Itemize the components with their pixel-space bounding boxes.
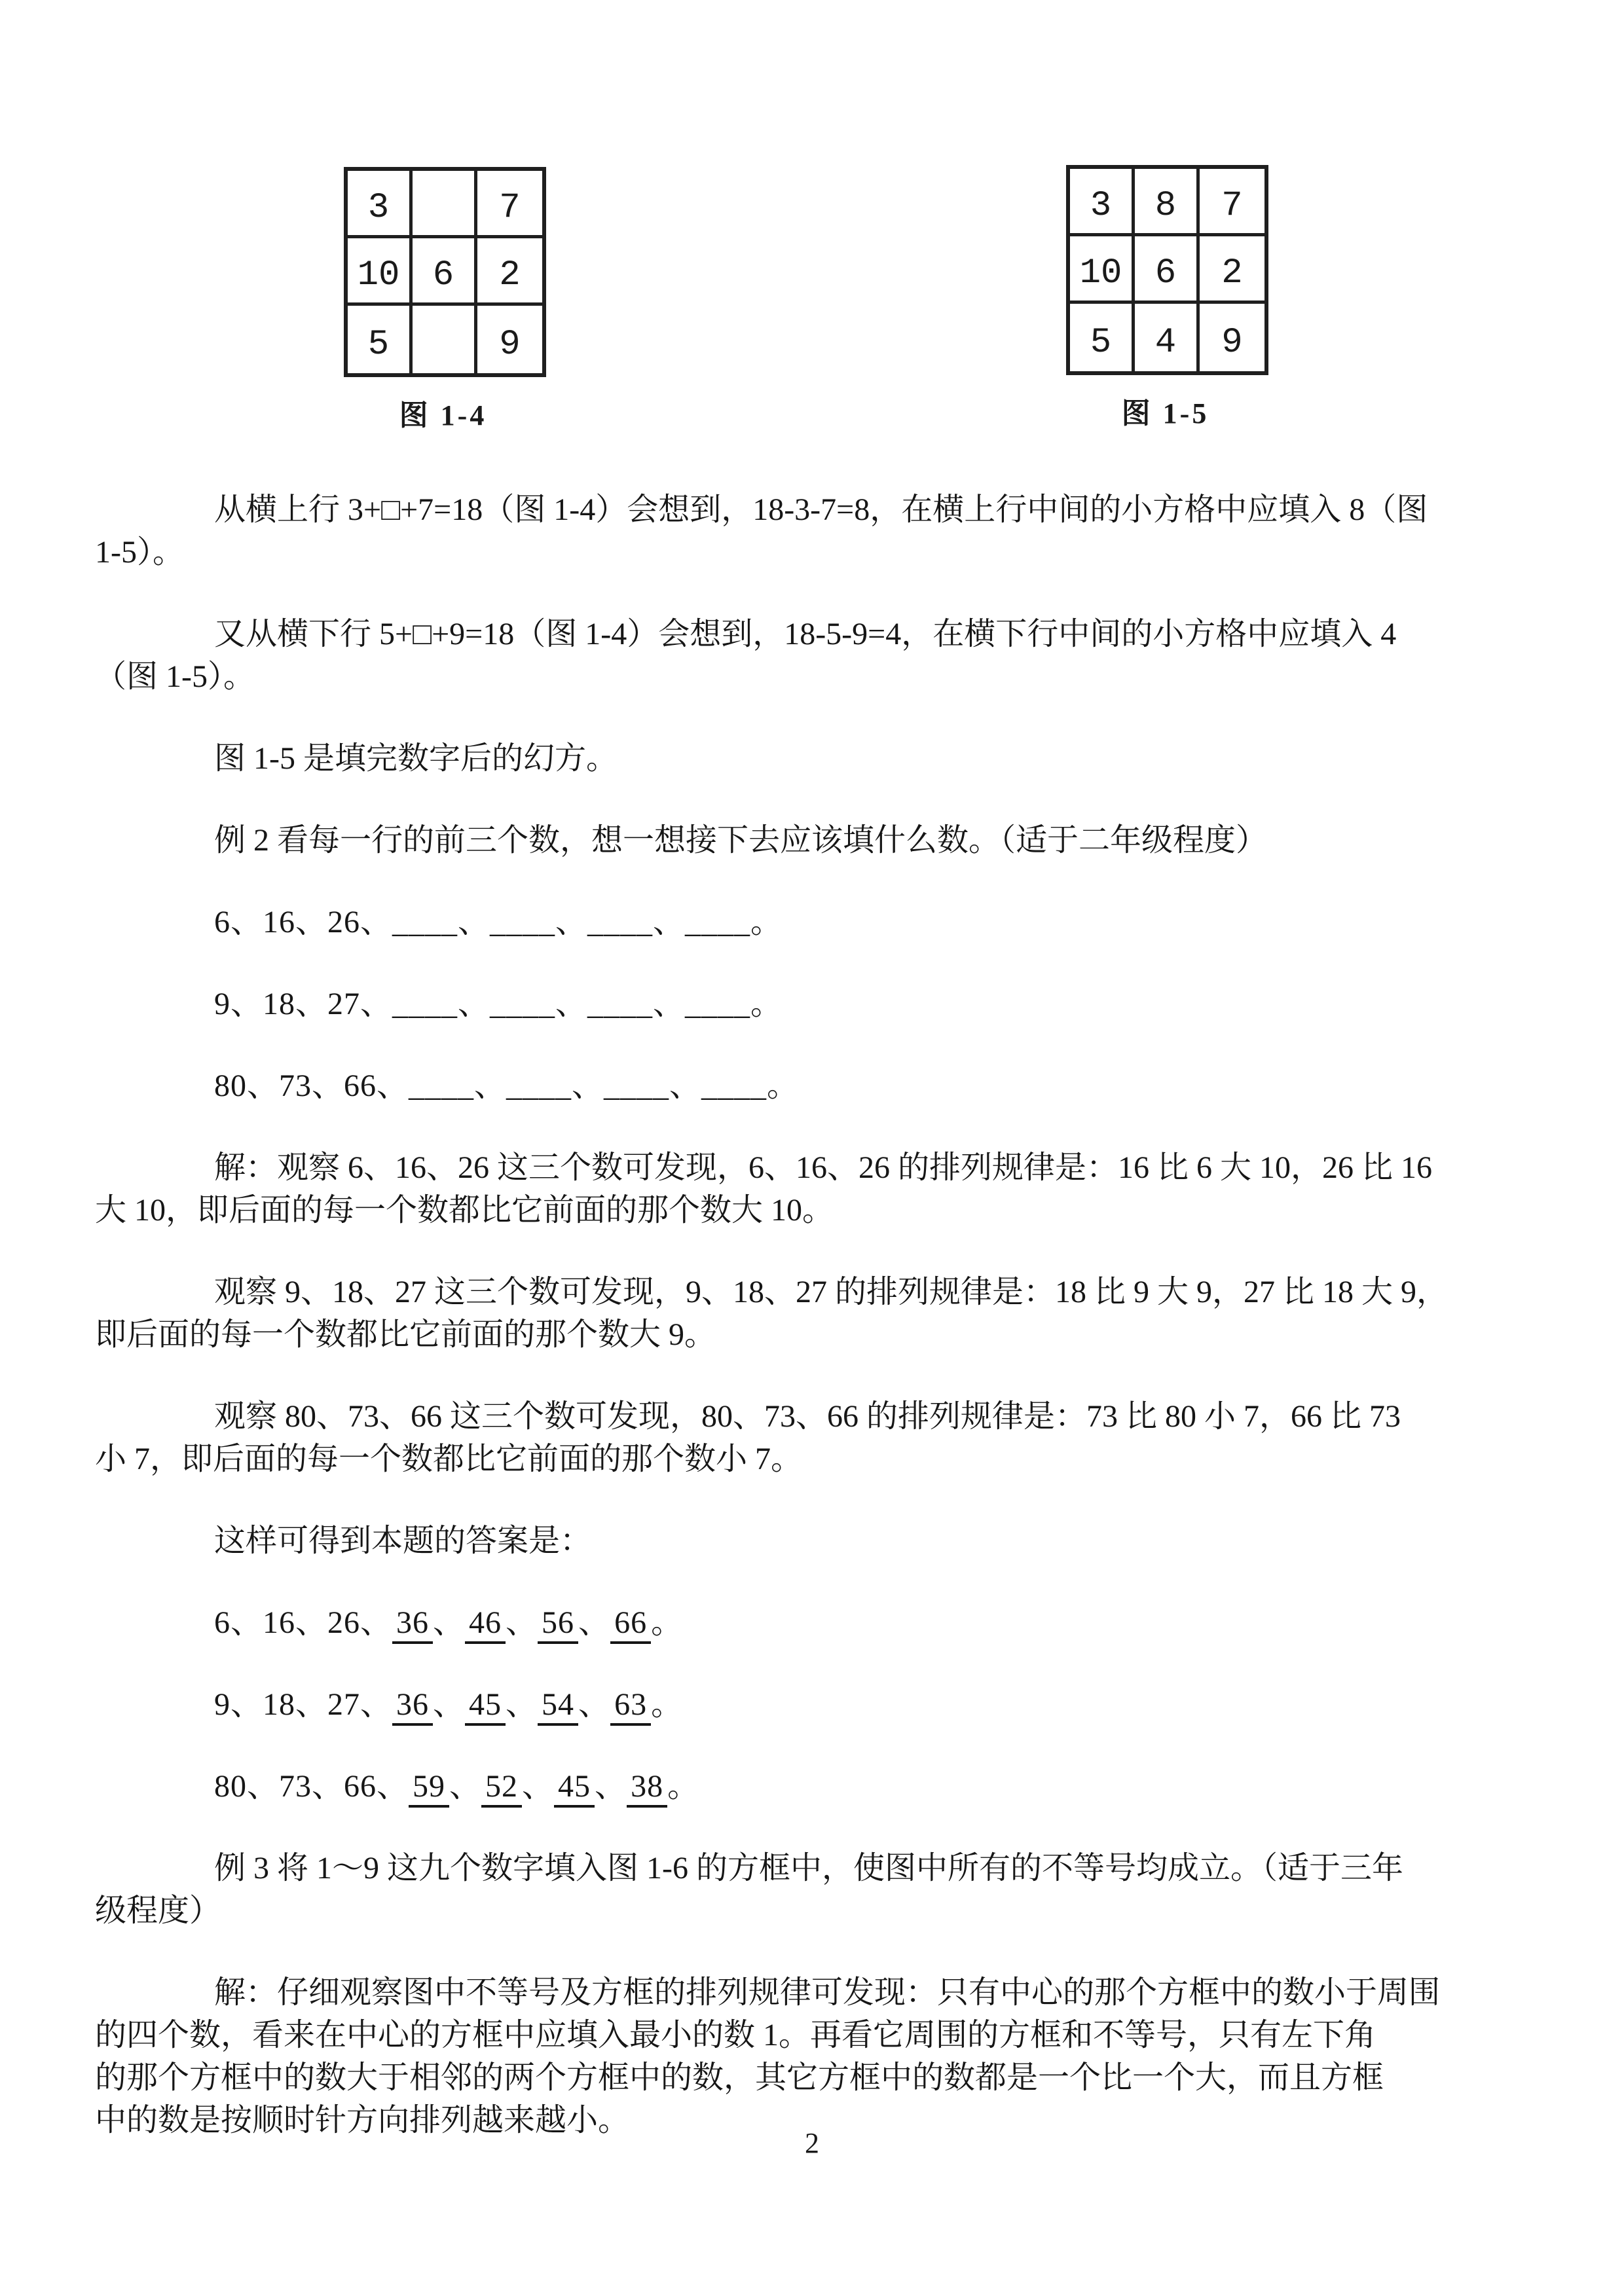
answer-filled: 66: [610, 1605, 651, 1644]
grid-cell: 3: [348, 171, 413, 238]
grid-cell: 7: [1200, 169, 1264, 236]
page-number: 2: [0, 2126, 1624, 2160]
grid-cell: 2: [477, 238, 542, 306]
grid-cell: 6: [413, 238, 477, 306]
magic-square-figure-1-4: 3 7 10 6 2 5 9: [344, 167, 546, 377]
answer-filled: 36: [392, 1605, 433, 1644]
answer-filled: 45: [554, 1769, 595, 1808]
grid-cell: 2: [1200, 236, 1264, 304]
answer-filled: 46: [465, 1605, 506, 1644]
answer-given: 80、73、66、: [214, 1769, 409, 1804]
answer-filled: 59: [409, 1769, 449, 1808]
answer-given: 6、16、26、: [214, 1605, 392, 1640]
answer-filled: 56: [538, 1605, 578, 1644]
answer-filled: 52: [481, 1769, 522, 1808]
figure-caption-1-5: 图 1-5: [1062, 390, 1268, 431]
body-text: 从横上行 3+□+7=18（图 1-4）会想到，18-3-7=8，在横上行中间的…: [95, 488, 1536, 2181]
paragraph-solution-sequence-1: 解：观察 6、16、26 这三个数可发现，6、16、26 的排列规律是：16 比…: [95, 1146, 1536, 1231]
document-page: 3 7 10 6 2 5 9 图 1-4 3 8 7 10 6 2 5 4 9 …: [0, 0, 1624, 2296]
grid-cell: 7: [477, 171, 542, 238]
paragraph-solution-example-3: 解：仔细观察图中不等号及方框的排列规律可发现：只有中心的那个方框中的数小于周围 …: [95, 1971, 1536, 2141]
magic-square-figure-1-5: 3 8 7 10 6 2 5 4 9: [1066, 165, 1268, 375]
answer-line-1: 6、16、26、36、46、56、66。: [95, 1601, 1536, 1644]
grid-cell: 9: [1200, 304, 1264, 371]
grid-cell: 10: [348, 238, 413, 306]
grid-cell: 10: [1070, 236, 1135, 304]
answer-filled: 45: [465, 1687, 506, 1726]
paragraph-example-3: 例 3 将 1～9 这九个数字填入图 1-6 的方框中，使图中所有的不等号均成立…: [95, 1847, 1536, 1932]
grid-cell: 9: [477, 306, 542, 373]
answer-filled: 63: [610, 1687, 651, 1726]
grid-cell: 8: [1135, 169, 1200, 236]
grid-cell: 6: [1135, 236, 1200, 304]
answer-given: 9、18、27、: [214, 1687, 392, 1722]
grid-cell-blank: [413, 171, 477, 238]
figure-caption-1-4: 图 1-4: [340, 392, 546, 433]
paragraph-top-row-explanation: 从横上行 3+□+7=18（图 1-4）会想到，18-3-7=8，在横上行中间的…: [95, 488, 1536, 574]
sequence-question-1: 6、16、26、____、____、____、____。: [95, 901, 1536, 943]
answer-filled: 36: [392, 1687, 433, 1726]
paragraph-example-2: 例 2 看每一行的前三个数，想一想接下去应该填什么数。（适于二年级程度）: [95, 819, 1536, 862]
grid-cell: 4: [1135, 304, 1200, 371]
paragraph-bottom-row-explanation: 又从横下行 5+□+9=18（图 1-4）会想到，18-5-9=4，在横下行中间…: [95, 613, 1536, 698]
sequence-question-2: 9、18、27、____、____、____、____。: [95, 983, 1536, 1025]
paragraph-solution-sequence-2: 观察 9、18、27 这三个数可发现，9、18、27 的排列规律是：18 比 9…: [95, 1271, 1536, 1356]
grid-cell: 5: [348, 306, 413, 373]
paragraph-figure-1-5-note: 图 1-5 是填完数字后的幻方。: [95, 737, 1536, 780]
sequence-question-3: 80、73、66、____、____、____、____。: [95, 1065, 1536, 1107]
paragraph-answer-intro: 这样可得到本题的答案是：: [95, 1520, 1536, 1562]
paragraph-solution-sequence-3: 观察 80、73、66 这三个数可发现，80、73、66 的排列规律是：73 比…: [95, 1395, 1536, 1480]
answer-filled: 54: [538, 1687, 578, 1726]
grid-cell: 5: [1070, 304, 1135, 371]
answer-filled: 38: [627, 1769, 667, 1808]
grid-cell-blank: [413, 306, 477, 373]
grid-cell: 3: [1070, 169, 1135, 236]
answer-line-2: 9、18、27、36、45、54、63。: [95, 1683, 1536, 1726]
answer-line-3: 80、73、66、59、52、45、38。: [95, 1765, 1536, 1808]
